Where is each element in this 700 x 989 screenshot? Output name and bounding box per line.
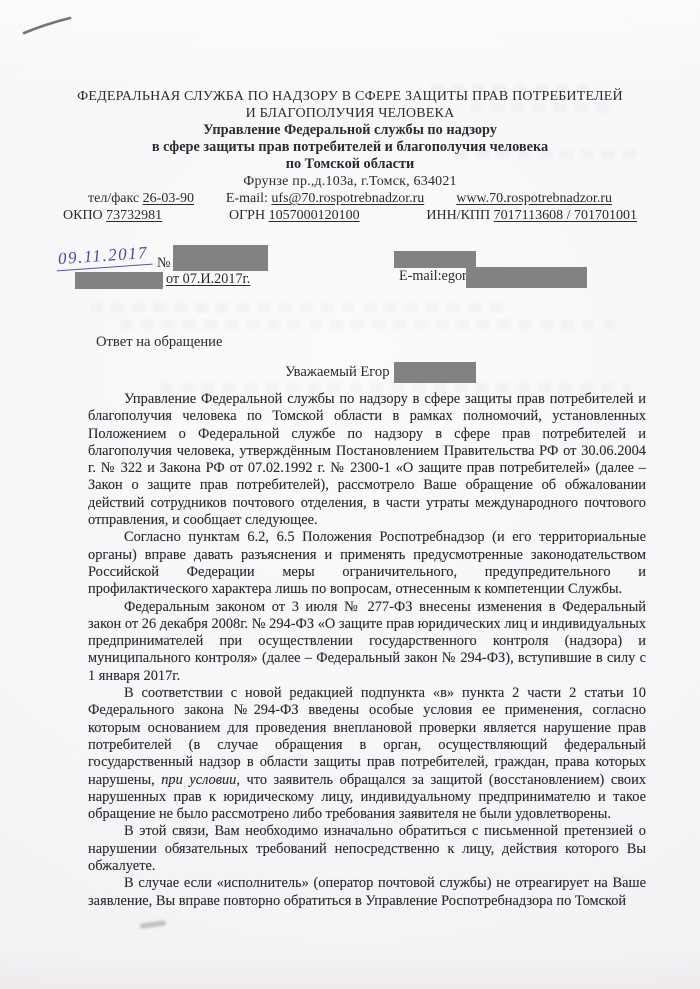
paragraph-6: В случае если «исполнитель» (оператор по… bbox=[88, 875, 646, 910]
redaction-block bbox=[466, 267, 587, 288]
okpo-number: 73732981 bbox=[106, 208, 162, 223]
redaction-block bbox=[394, 362, 476, 383]
redaction-block bbox=[394, 251, 476, 268]
number-sign: № bbox=[157, 255, 171, 272]
phone-number: 26-03-90 bbox=[143, 191, 194, 206]
paragraph-5: В этой связи, Вам необходимо изначально … bbox=[88, 823, 646, 875]
letter-body: Управление Федеральной службы по надзору… bbox=[88, 391, 646, 910]
pencil-smudge bbox=[140, 920, 166, 929]
postal-address: Фрунзе пр.,д.103а, г.Томск, 634021 bbox=[0, 173, 700, 190]
website-url: www.70.rospotrebnadzor.ru bbox=[456, 190, 612, 207]
bleed-through-artifact bbox=[120, 320, 620, 329]
agency-name-line2: И БЛАГОПОЛУЧИЯ ЧЕЛОВЕКА bbox=[0, 105, 700, 122]
phone-group: тел/факс 26-03-90 bbox=[88, 190, 194, 207]
paragraph-3: Федеральным законом от 3 июля № 277-ФЗ в… bbox=[88, 599, 646, 685]
ogrn-number: 1057000120100 bbox=[269, 208, 360, 223]
department-region: по Томской области bbox=[0, 156, 700, 173]
incoming-letter-date: от 07.И.2017г. bbox=[166, 271, 250, 288]
redaction-block bbox=[173, 245, 268, 271]
ogrn-group: ОГРН 1057000120100 bbox=[229, 207, 360, 224]
phone-label: тел/факс bbox=[88, 191, 139, 206]
pen-stroke-mark bbox=[18, 12, 78, 42]
okpo-group: ОКПО 73732981 bbox=[63, 207, 162, 224]
salutation-text: Уважаемый Егор bbox=[285, 364, 390, 381]
paragraph-1: Управление Федеральной службы по надзору… bbox=[88, 391, 646, 529]
agency-name-line1: ФЕДЕРАЛЬНАЯ СЛУЖБА ПО НАДЗОРУ В СФЕРЕ ЗА… bbox=[0, 88, 700, 105]
paragraph-2: Согласно пунктам 6.2, 6.5 Положения Росп… bbox=[88, 529, 646, 598]
registry-row: ОКПО 73732981 ОГРН 1057000120100 ИНН/КПП… bbox=[63, 207, 637, 224]
bleed-through-artifact bbox=[90, 303, 510, 312]
email-group: E-mail: ufs@70.rospotrebnadzor.ru bbox=[226, 190, 424, 207]
salutation-line: Уважаемый Егор bbox=[285, 362, 476, 383]
contact-row: тел/факс 26-03-90 E-mail: ufs@70.rospotr… bbox=[88, 190, 612, 207]
letterhead: ФЕДЕРАЛЬНАЯ СЛУЖБА ПО НАДЗОРУ В СФЕРЕ ЗА… bbox=[0, 88, 700, 224]
paragraph-4: В соответствии с новой редакцией подпунк… bbox=[88, 685, 646, 823]
email-address: ufs@70.rospotrebnadzor.ru bbox=[271, 191, 424, 206]
subject-line: Ответ на обращение bbox=[96, 334, 222, 351]
okpo-label: ОКПО bbox=[63, 208, 103, 223]
innkpp-number: 7017113608 / 701701001 bbox=[494, 208, 637, 223]
email-label: E-mail: bbox=[226, 191, 268, 206]
department-line2: в сфере защиты прав потребителей и благо… bbox=[0, 139, 700, 156]
scanned-letter-page: ФЕДЕРАЛЬНАЯ СЛУЖБА ПО НАДЗОРУ В СФЕРЕ ЗА… bbox=[0, 0, 700, 989]
innkpp-label: ИНН/КПП bbox=[426, 208, 490, 223]
paragraph-4-emphasis: при условии bbox=[161, 772, 236, 788]
innkpp-group: ИНН/КПП 7017113608 / 701701001 bbox=[426, 207, 637, 224]
department-line1: Управление Федеральной службы по надзору bbox=[0, 122, 700, 139]
recipient-email-label: E-mail:egor bbox=[399, 268, 467, 285]
ogrn-label: ОГРН bbox=[229, 208, 265, 223]
handwritten-date: 09.11.2017 bbox=[55, 243, 153, 272]
redaction-block bbox=[75, 272, 163, 289]
